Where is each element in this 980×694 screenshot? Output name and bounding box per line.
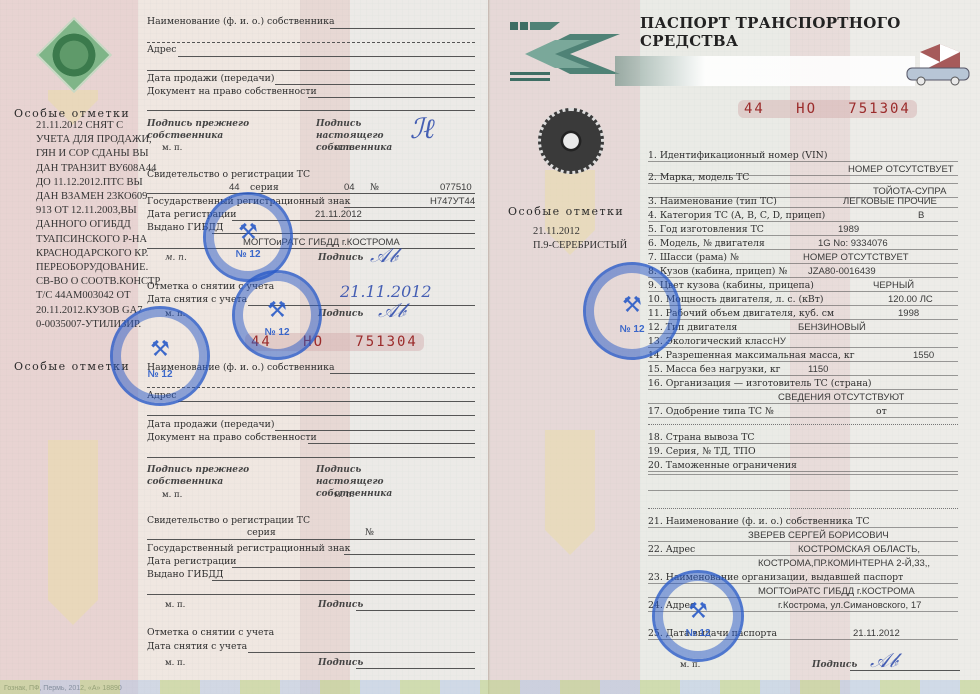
address-field-b[interactable] [178,401,475,402]
field-input-line[interactable] [648,319,958,320]
issuer-signature-label: Подпись [812,660,857,670]
dereg-signature-label-2: Подпись [318,658,363,668]
field-value: 1998 [898,308,919,319]
special-notes-line: СВ-ВО О СООТВ.КОНСТР [36,275,160,289]
field-label: 19. Серия, № ТД, ТПО [648,446,756,457]
hammer-cross-icon: ⚒ [622,293,642,318]
series-field-b[interactable] [147,539,475,540]
number-value: 077510 [440,182,472,193]
field-value: МОГТОиРАТС ГИБДД г.КОСТРОМА [758,586,915,597]
field-input-line[interactable] [648,457,958,458]
registration-cert-label-2: Свидетельство о регистрации ТС [147,515,310,526]
field-input-line[interactable] [648,389,958,390]
special-notes-line: КРАСНОДАРСКОГО КР. [36,247,160,261]
chevron-logo-icon [510,20,620,84]
issued-by-field-b[interactable] [212,580,475,581]
mp-label: м. п. [680,660,700,670]
field-label: 18. Страна вывоза ТС [648,432,755,443]
special-notes-line: ДАННОГО ОГИБДД [36,218,160,232]
right-special-notes-text: 21.11.2012П.9-СЕРЕБРИСТЫЙ [533,225,627,253]
field-input-line[interactable] [648,249,958,250]
field-input-line[interactable] [648,221,958,222]
field-value: JZA80-0016439 [808,266,876,277]
field-input-line[interactable] [648,291,958,292]
address-field-2[interactable] [147,70,475,71]
field-label: 8. Кузов (кабина, прицеп) № [648,266,787,277]
field-input-line[interactable] [648,555,958,556]
ownership-doc-label: Документ на право собственности [147,86,317,97]
field-value: 1989 [838,224,859,235]
address-field-b2[interactable] [147,415,475,416]
stamp-number: № 12 [619,324,644,335]
prev-owner-signature-label-2: Подпись прежнего собственника [147,464,257,488]
special-notes-line: ДАН ВЗАМЕН 23КО609 [36,190,160,204]
official-stamp: ⚒ № 12 [583,262,681,360]
security-emblem-icon [36,17,112,93]
mp-label: м. п. [165,658,185,668]
car-logo-icon [905,42,975,90]
issuer-signature: 𝒜𝒷 [870,648,898,672]
registration-cert-label: Свидетельство о регистрации ТС [147,169,310,180]
decorative-ribbon [545,170,595,230]
series-field[interactable] [147,193,475,194]
field-label: 6. Модель, № двигателя [648,238,765,249]
address-label: Адрес [147,44,176,55]
series-value: 44 [229,182,240,193]
field-label: 21. Наименование (ф. и. о.) собственника… [648,516,870,527]
mp-label: м. п. [162,143,182,153]
field-value: ЧЕРНЫЙ [873,280,914,291]
dereg-signature: 𝒜𝒷 [378,298,406,322]
field-input-line[interactable] [648,161,958,162]
field-input-line[interactable] [648,443,958,444]
stamp-number: № 12 [147,369,172,380]
field-value: 21.11.2012 [853,628,900,639]
issued-by-field-b2[interactable] [147,594,475,595]
issued-by-field-2[interactable] [147,248,475,249]
special-notes-line: 21.11.2012 [533,225,627,239]
hammer-cross-icon: ⚒ [238,220,258,245]
special-notes-line: ПЕРЕОБОРУДОВАНИЕ. [36,261,160,275]
stamp-number: № 12 [235,249,260,260]
section-divider [648,424,958,425]
field-value: КОСТРОМСКАЯ ОБЛАСТЬ, [798,544,920,555]
field-label: 7. Шасси (рама) № [648,252,739,263]
stamp-number: № 12 [264,327,289,338]
official-stamp: ⚒ № 12 [652,570,744,662]
special-notes-line: П.9-СЕРЕБРИСТЫЙ [533,239,627,253]
hammer-cross-icon: ⚒ [688,599,708,624]
field-value: СВЕДЕНИЯ ОТСУТСТВУЮТ [778,392,904,403]
plate-label-2: Государственный регистрационный знак [147,543,350,554]
owner-signature: ℐℓ [410,112,435,146]
field-input-line[interactable] [648,207,958,208]
ownership-doc-field[interactable] [308,97,475,98]
decorative-ribbon [545,430,595,530]
registrar-signature: 𝒜𝒷 [370,243,398,267]
special-notes-line: Т/С 44АМ003042 ОТ [36,289,160,303]
field-value: 1G No: 9334076 [818,238,888,249]
field-input-line[interactable] [648,471,958,472]
field-label: 1. Идентификационный номер (VIN) [648,150,827,161]
left-page: Особые отметки 21.11.2012 СНЯТ СУЧЕТА ДЛ… [0,0,490,694]
field-label: 3. Наименование (тип ТС) [648,196,777,207]
reg-date-value: 21.11.2012 [315,209,362,220]
field-input-line[interactable] [648,361,958,362]
plate-field[interactable] [344,207,475,208]
mp-label: м. п. [165,253,187,263]
mp-label: м. п. [162,490,182,500]
owner-label: Наименование (ф. и. о.) собственника [147,16,335,27]
field-value: НОМЕР ОТСУТСТВУЕТ [803,252,909,263]
field-label: 16. Организация — изготовитель ТС (стран… [648,378,872,389]
field-label: 5. Год изготовления ТС [648,224,764,235]
special-notes-line: 21.11.2012 СНЯТ С [36,119,160,133]
field-input-line[interactable] [648,333,958,334]
special-notes-line: ДАН ТРАНЗИТ ВУ608А44 [36,162,160,176]
number-label: № [370,182,379,193]
special-notes-text: 21.11.2012 СНЯТ СУЧЕТА ДЛЯ ПРОДАЖИ,ГЯН И… [36,119,160,332]
reg-date-field-b[interactable] [232,567,475,568]
field-value: г.Кострома, ул.Симановского, 17 [778,600,921,611]
mp-label: м. п. [334,490,354,500]
field-value: 120.00 ЛС [888,294,933,305]
special-notes-line: ГЯН И СОР СДАНЫ ВЫ [36,147,160,161]
plate-value: Н747УТ44 [430,196,475,207]
special-notes-line: ТУАПСИНСКОГО Р-НА [36,233,160,247]
sale-date-label: Дата продажи (передачи) [147,73,274,84]
dereg-signature-label: Подпись [318,309,363,319]
sale-date-label-2: Дата продажи (передачи) [147,419,274,430]
signature-label: Подпись [318,253,363,263]
hammer-cross-icon: ⚒ [150,337,170,362]
security-strip [0,680,980,694]
field-input-line-2[interactable] [648,541,958,542]
field-input-line[interactable] [648,375,958,376]
dereg-date-label: Дата снятия с учета [147,294,247,305]
dereg-date-field-b[interactable] [248,652,475,653]
official-stamp: ⚒ № 12 [232,270,322,360]
field-value: НУ [773,336,786,347]
series-value-2: 04 [344,182,355,193]
field-value: БЕНЗИНОВЫЙ [798,322,866,333]
signature-field-b[interactable] [356,610,475,611]
reg-date-label-2: Дата регистрации [147,556,236,567]
ownership-doc-label-2: Документ на право собственности [147,432,317,443]
address-field[interactable] [178,56,475,57]
stamp-number: № 12 [685,628,710,639]
special-notes-line: 913 ОТ 12.11.2003,ВЫ [36,204,160,218]
section-divider [648,508,958,509]
field-input-line[interactable] [648,527,958,528]
ownership-doc-field-2[interactable] [147,110,475,111]
security-band [615,56,915,86]
field-label: 22. Адрес [648,544,695,555]
owner-field-2[interactable] [147,42,475,43]
hammer-cross-icon: ⚒ [267,298,287,323]
number-label-2: № [365,527,374,538]
customs-extra-line[interactable] [648,474,958,475]
series-label: серия [250,182,279,193]
signature-label-2: Подпись [318,600,363,610]
sale-date-field-b[interactable] [275,430,475,431]
field-value: ЗВЕРЕВ СЕРГЕЙ БОРИСОВИЧ [748,530,889,541]
right-special-notes-title: Особые отметки [508,205,624,218]
field-input-line[interactable] [648,305,958,306]
plate-field-b[interactable] [344,554,475,555]
mp-label: м. п. [334,143,354,153]
field-input-line[interactable] [648,417,958,418]
owner-field-b[interactable] [330,373,475,374]
special-notes-line: ДО 11.12.2012.ПТС ВЫ [36,176,160,190]
field-input-line-2[interactable] [648,403,958,404]
field-input-line[interactable] [648,277,958,278]
field-value: 1550 [913,350,934,361]
ownership-doc-field-b2[interactable] [147,457,475,458]
curr-owner-signature-label-2: Подпись настоящего собственника [316,464,426,500]
field-value: ЛЕГКОВЫЕ ПРОЧИЕ [843,196,937,207]
field-input-line[interactable] [648,263,958,264]
field-input-line[interactable] [648,183,958,184]
field-label: 14. Разрешенная максимальная масса, кг [648,350,855,361]
dereg-date-label-2: Дата снятия с учета [147,641,247,652]
official-stamp: ⚒ № 12 [203,192,293,282]
hologram-icon [538,108,604,174]
sale-date-field[interactable] [275,84,475,85]
field-label: 4. Категория ТС (A, B, C, D, прицеп) [648,210,825,221]
field-label: 20. Таможенные ограничения [648,460,797,471]
field-value: НОМЕР ОТСУТСТВУЕТ [848,164,954,175]
issued-by-label-2: Выдано ГИБДД [147,569,223,580]
official-stamp: ⚒ № 12 [110,306,210,406]
field-label: 2. Марка, модель ТС [648,172,749,183]
field-value: B [918,210,924,221]
decorative-ribbon [48,440,98,600]
dereg-signature-field-b[interactable] [356,668,475,669]
field-value-2: КОСТРОМА,ПР.КОМИНТЕРНА 2-Й,33,, [758,558,930,569]
customs-extra-line[interactable] [648,490,958,491]
series-label-2: серия [247,527,276,538]
prev-owner-signature-label: Подпись прежнего собственника [147,118,257,142]
ownership-doc-field-b[interactable] [308,443,475,444]
field-input-line[interactable] [648,347,958,348]
serial-number-main: 44 НО 751304 [738,100,917,118]
mp-label: м. п. [165,600,185,610]
field-label: 17. Одобрение типа ТС № [648,406,774,417]
owner-field[interactable] [330,28,475,29]
field-label: 15. Масса без нагрузки, кг [648,364,781,375]
field-value: 1150 [808,364,828,375]
field-input-line[interactable] [648,235,958,236]
special-notes-line: УЧЕТА ДЛЯ ПРОДАЖИ, [36,133,160,147]
issuer-signature-field[interactable] [850,670,960,671]
dereg-label-2: Отметка о снятии с учета [147,627,274,638]
field-extra-label: от [876,406,887,417]
